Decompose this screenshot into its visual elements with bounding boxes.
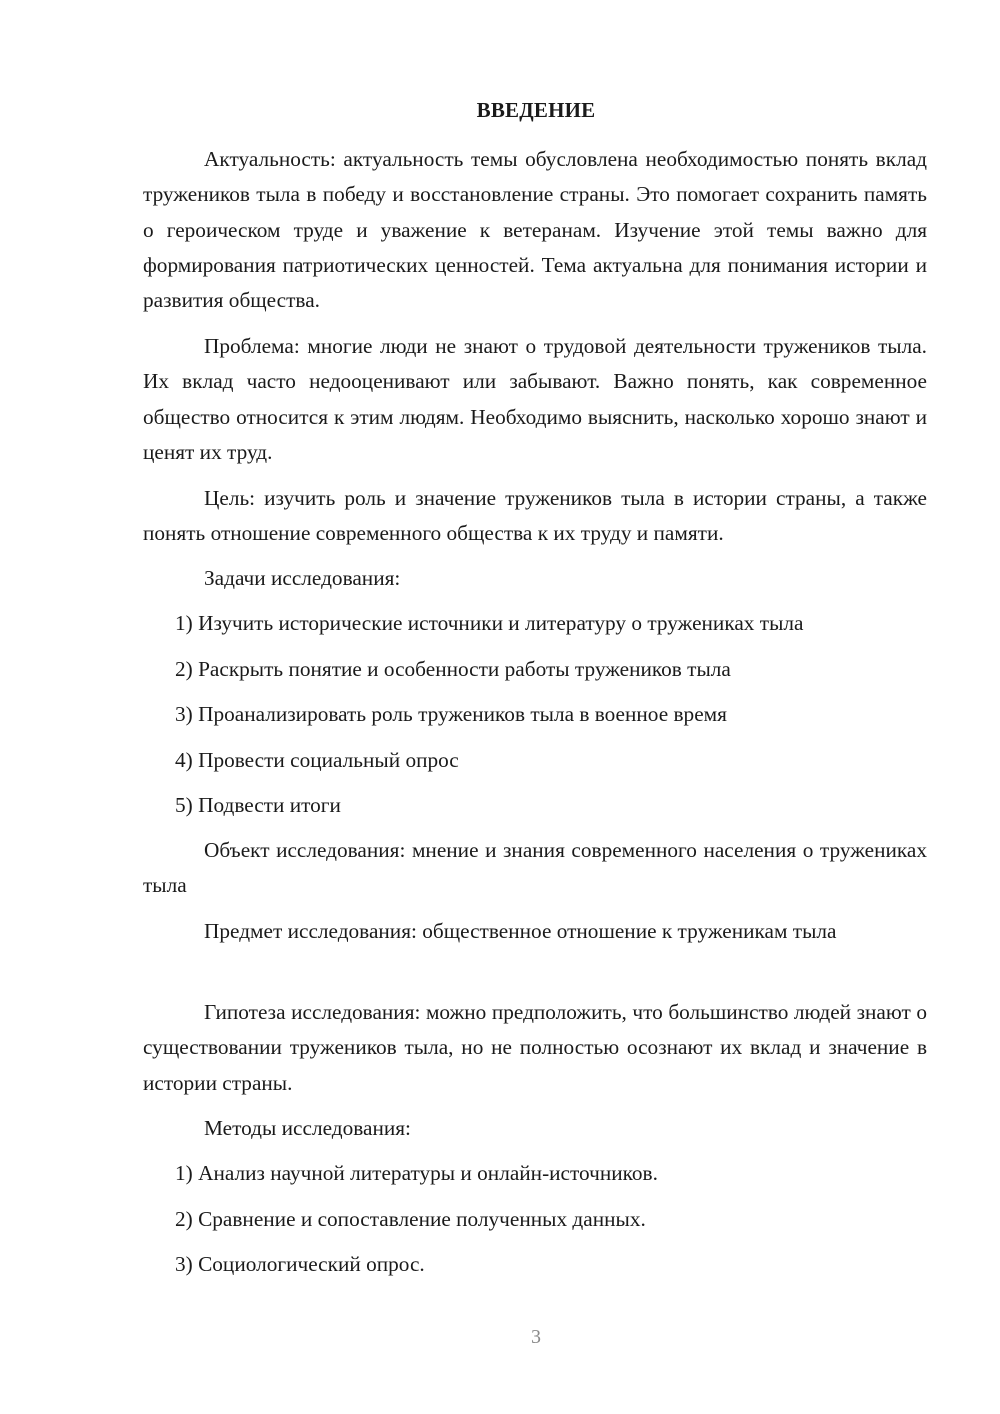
paragraph-relevance-text: Актуальность: актуальность темы обусловл… [143,147,927,312]
task-item: 2) Раскрыть понятие и особенности работы… [175,655,731,683]
paragraph-goal: Цель: изучить роль и значение тружеников… [143,481,927,552]
paragraph-hypothesis-text: Гипотеза исследования: можно предположит… [143,1000,927,1095]
method-item: 3) Социологический опрос. [175,1250,425,1278]
document-page: ВВЕДЕНИЕ Актуальность: актуальность темы… [0,0,1000,1414]
task-item: 3) Проанализировать роль тружеников тыла… [175,700,727,728]
paragraph-problem: Проблема: многие люди не знают о трудово… [143,329,927,470]
paragraph-subject-text: Предмет исследования: общественное отнош… [204,919,837,943]
method-item: 1) Анализ научной литературы и онлайн-ис… [175,1159,658,1187]
section-title: ВВЕДЕНИЕ [0,96,1000,124]
paragraph-subject: Предмет исследования: общественное отнош… [143,914,927,949]
task-item: 5) Подвести итоги [175,791,341,819]
paragraph-object: Объект исследования: мнение и знания сов… [143,833,927,904]
paragraph-hypothesis: Гипотеза исследования: можно предположит… [143,995,927,1101]
tasks-heading: Задачи исследования: [204,564,400,592]
paragraph-goal-text: Цель: изучить роль и значение тружеников… [143,486,927,545]
task-item: 4) Провести социальный опрос [175,746,459,774]
paragraph-relevance: Актуальность: актуальность темы обусловл… [143,142,927,318]
paragraph-object-text: Объект исследования: мнение и знания сов… [143,838,927,897]
paragraph-problem-text: Проблема: многие люди не знают о трудово… [143,334,927,464]
task-item: 1) Изучить исторические источники и лите… [175,609,803,637]
methods-heading: Методы исследования: [204,1114,411,1142]
page-number: 3 [0,1326,1000,1349]
method-item: 2) Сравнение и сопоставление полученных … [175,1205,646,1233]
